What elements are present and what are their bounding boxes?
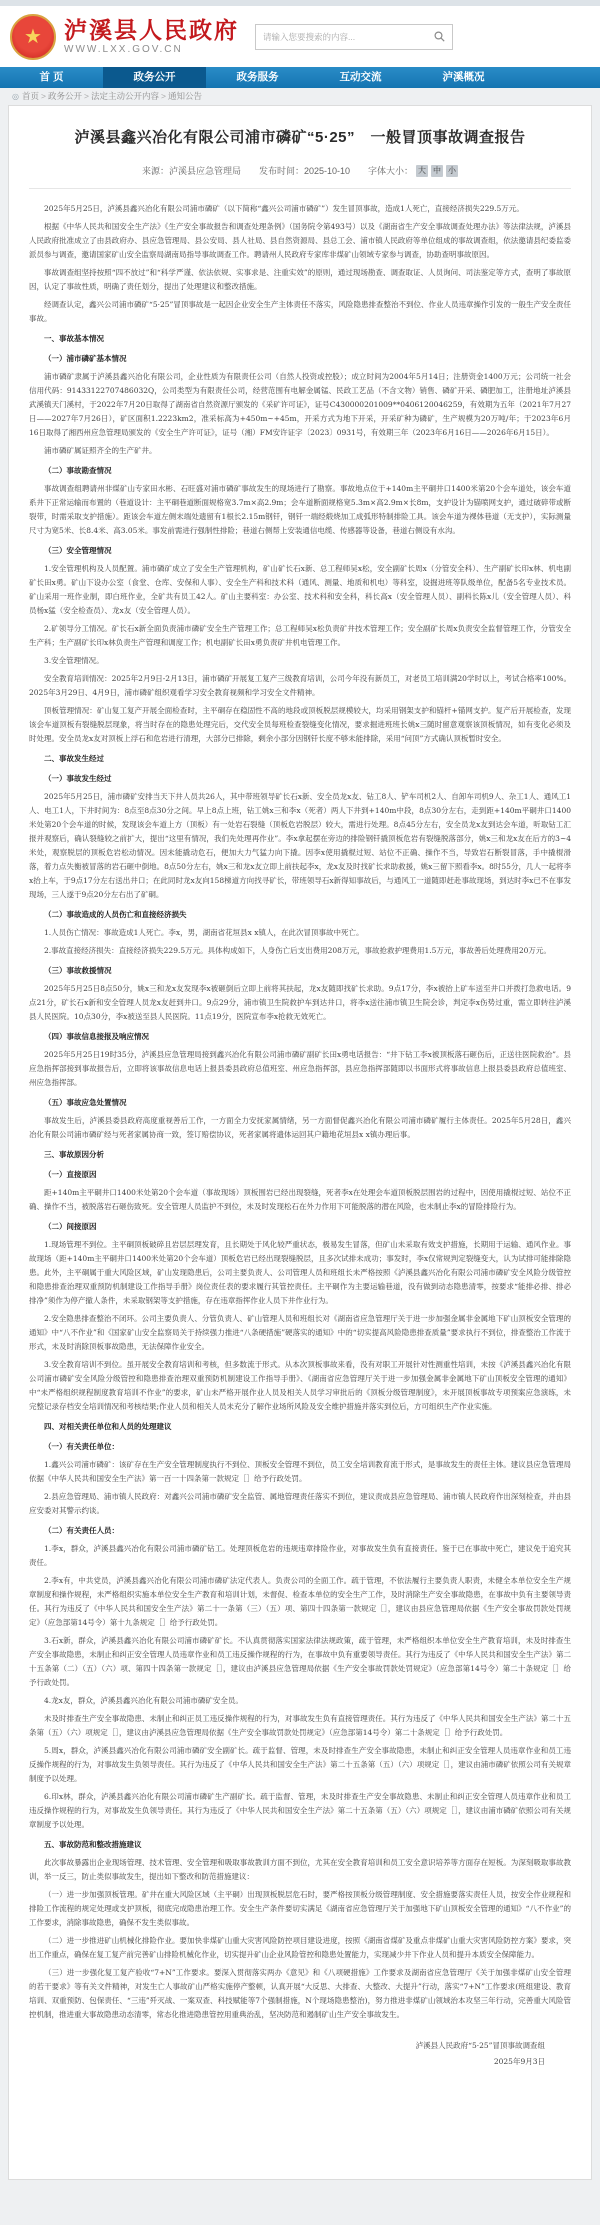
breadcrumb-link[interactable]: 首页 bbox=[22, 91, 39, 101]
article-paragraph: 1.李x，群众，泸溪县鑫兴冶化有限公司浦市磷矿钻工。处理顶板危岩的违规违章排险作… bbox=[29, 1542, 571, 1570]
nav-item-互动交流[interactable]: 互动交流 bbox=[309, 67, 412, 88]
search-button[interactable] bbox=[426, 26, 452, 48]
section-heading: 五、事故防范和整改措施建议 bbox=[29, 1838, 571, 1852]
breadcrumb-items: 首页>政务公开>法定主动公开内容>通知公告 bbox=[22, 91, 202, 101]
font-size-button[interactable]: 小 bbox=[446, 165, 458, 177]
site-name: 泸溪县人民政府 bbox=[64, 18, 239, 42]
article-paragraph: （三）进一步强化复工复产验收“7+N”工作要求。要深入贯彻落实两办《意见》和《八… bbox=[29, 1966, 571, 2022]
article-paragraph: （二）进一步推进矿山机械化排险作业。要加快非煤矿山重大灾害风险防控项目建设进度，… bbox=[29, 1934, 571, 1962]
section-heading: 四、对相关责任单位和人员的处理建议 bbox=[29, 1420, 571, 1434]
site-url: WWW.LXX.GOV.CN bbox=[64, 44, 239, 55]
section-heading: （三）安全管理情况 bbox=[29, 544, 571, 558]
article-paragraph: 安全教育培训情况：2025年2月9日-2月13日，浦市磷矿开展复工复产三级教育培… bbox=[29, 672, 571, 700]
search-icon bbox=[434, 31, 445, 42]
search-box bbox=[255, 24, 453, 50]
section-heading: （三）事故救援情况 bbox=[29, 964, 571, 978]
breadcrumb-separator: > bbox=[84, 91, 89, 101]
article-paragraph: 经调查认定，鑫兴公司浦市磷矿“5·25”冒顶事故是一起因企业安全生产主体责任不落… bbox=[29, 298, 571, 326]
nav-item-政务服务[interactable]: 政务服务 bbox=[206, 67, 309, 88]
page: ★ 泸溪县人民政府 WWW.LXX.GOV.CN 首 页政务公开政务服务互动交流… bbox=[0, 0, 600, 2225]
article-paragraph: 2.矿领导分工情况。矿长石x新全面负责浦市磷矿安全生产管理工作；总工程师吴x松负… bbox=[29, 622, 571, 650]
font-size-button[interactable]: 中 bbox=[431, 165, 443, 177]
article-paragraph: 3.安全管理情况。 bbox=[29, 654, 571, 668]
article-meta: 来源：泸溪县应急管理局 发布时间：2025-10-10 字体大小： 大中小 bbox=[29, 164, 571, 177]
article-paragraph: 1.现场管理不到位。主平硐顶板破碎且岩层层理发育，且长期处于风化较严重状态，极易… bbox=[29, 1238, 571, 1308]
font-size-button[interactable]: 大 bbox=[416, 165, 428, 177]
breadcrumb-link[interactable]: 法定主动公开内容 bbox=[91, 91, 159, 101]
article-paragraph: 3.石x新，群众，泸溪县鑫兴冶化有限公司浦市磷矿矿长。不认真贯彻落实国家法律法规… bbox=[29, 1634, 571, 1690]
signature-block: 泸溪县人民政府“5·25”冒顶事故调查组2025年9月3日 bbox=[29, 2038, 571, 2070]
section-heading: 二、事故发生经过 bbox=[29, 752, 571, 766]
section-heading: （二）有关责任人员： bbox=[29, 1524, 571, 1538]
article-paragraph: 2025年5月25日，浦市磷矿安排当天下井人员共26人，其中带班领导矿长石x新、… bbox=[29, 790, 571, 902]
section-heading: （一）直接原因 bbox=[29, 1168, 571, 1182]
article-paragraph: 2025年5月25日19时35分，泸溪县应急管理局接到鑫兴冶化有限公司浦市磷矿副… bbox=[29, 1048, 571, 1090]
nav-item-泸溪概况[interactable]: 泸溪概况 bbox=[412, 67, 515, 88]
article-paragraph: 2.事故直接经济损失：直接经济损失229.5万元。具体构成如下，人身伤亡后支出费… bbox=[29, 944, 571, 958]
article-paragraph: 2.李x有，中共党员，泸溪县鑫兴冶化有限公司浦市磷矿法定代表人。负责公司的全面工… bbox=[29, 1574, 571, 1630]
article-paragraph: 1.鑫兴公司浦市磷矿：该矿存在生产安全管理制度执行不到位、顶板安全管理不到位，员… bbox=[29, 1458, 571, 1486]
signature-line: 泸溪县人民政府“5·25”冒顶事故调查组 bbox=[29, 2038, 545, 2054]
section-heading: （二）事故造成的人员伤亡和直接经济损失 bbox=[29, 908, 571, 922]
title-divider bbox=[29, 188, 571, 189]
article-paragraph: 2.县应急管理局、浦市镇人民政府：对鑫兴公司浦市磷矿安全监管、属地管理责任落实不… bbox=[29, 1490, 571, 1518]
article-paragraph: 浦市磷矿隶属于泸溪县鑫兴冶化有限公司，企业性质为有限责任公司（自然人投资或控股）… bbox=[29, 370, 571, 440]
section-heading: （一）事故发生经过 bbox=[29, 772, 571, 786]
site-identity: 泸溪县人民政府 WWW.LXX.GOV.CN bbox=[64, 18, 239, 55]
section-heading: （五）事故应急处置情况 bbox=[29, 1096, 571, 1110]
article-paragraph: 事故调查组坚持按照“四不放过”和“科学严谨、依法依规、实事求是、注重实效”的原则… bbox=[29, 266, 571, 294]
article-paragraph: （一）进一步加强顶板管理。矿井在重大风险区域（主平硐）出现顶板脱层危石时，要严格… bbox=[29, 1888, 571, 1930]
section-heading: （一）有关责任单位： bbox=[29, 1440, 571, 1454]
nav-bar: 首 页政务公开政务服务互动交流泸溪概况 bbox=[0, 67, 600, 88]
section-heading: 三、事故原因分析 bbox=[29, 1148, 571, 1162]
article-source: 来源：泸溪县应急管理局 bbox=[142, 164, 241, 177]
article-paragraph: 4.龙x友，群众，泸溪县鑫兴冶化有限公司浦市磷矿安全员。 bbox=[29, 1694, 571, 1708]
section-heading: 一、事故基本情况 bbox=[29, 332, 571, 346]
article-paragraph: 1.人员伤亡情况：事故造成1人死亡。李x，男，湖南省花垣县x x镇人，在此次冒顶… bbox=[29, 926, 571, 940]
article-paragraph: 事故调查组聘请州非煤矿山专家田水彬、石旺盛对浦市磷矿事故发生的现场进行了勘察。事… bbox=[29, 482, 571, 538]
section-heading: （二）间接原因 bbox=[29, 1220, 571, 1234]
article-paragraph: 浦市磷矿属证照齐全的生产矿井。 bbox=[29, 444, 571, 458]
font-size-label: 字体大小： bbox=[368, 164, 413, 177]
article-paragraph: 2.安全隐患排查整治不闭环。公司主要负责人、分管负责人、矿山管理人员和班组长对《… bbox=[29, 1312, 571, 1354]
breadcrumb-icon: ◎ bbox=[12, 92, 19, 101]
signature-line: 2025年9月3日 bbox=[29, 2054, 545, 2070]
national-emblem-logo: ★ bbox=[10, 14, 56, 60]
breadcrumb-link[interactable]: 通知公告 bbox=[168, 91, 202, 101]
nav-item-政务公开[interactable]: 政务公开 bbox=[103, 67, 206, 88]
article-publish-date: 发布时间：2025-10-10 bbox=[259, 164, 350, 177]
breadcrumb-separator: > bbox=[161, 91, 166, 101]
article-paragraph: 2025年5月25日，泸溪县鑫兴冶化有限公司浦市磷矿（以下简称“鑫兴公司浦市磷矿… bbox=[29, 202, 571, 216]
site-header: ★ 泸溪县人民政府 WWW.LXX.GOV.CN bbox=[0, 6, 600, 67]
article-paragraph: 顶板管理情况：矿山复工复产开展全面检查时，主平硐存在稳固性不高的地段或顶板脱层规… bbox=[29, 704, 571, 746]
search-input[interactable] bbox=[256, 32, 426, 42]
article-paragraph: 根据《中华人民共和国安全生产法》《生产安全事故报告和调查处理条例》（国务院令第4… bbox=[29, 220, 571, 262]
article-paragraph: 距+140m主平硐井口1400米处第20个会车道（事故现场）顶板围岩已经出现裂缝… bbox=[29, 1186, 571, 1214]
article-card: 泸溪县鑫兴冶化有限公司浦市磷矿“5·25” 一般冒顶事故调查报告 来源：泸溪县应… bbox=[8, 105, 592, 2180]
article-paragraph: 未及时排查生产安全事故隐患、未制止和纠正员工违反操作规程的行为，对事故发生负有直… bbox=[29, 1712, 571, 1740]
article-paragraph: 2025年5月25日8点50分，姚x三和龙x友发现李x被砸倒后立即上前将其扶起，… bbox=[29, 982, 571, 1024]
article-paragraph: 1.安全管理机构及人员配置。浦市磷矿成立了安全生产管理机构，矿山矿长石x新、总工… bbox=[29, 562, 571, 618]
article-paragraph: 6.印x林，群众，泸溪县鑫兴冶化有限公司浦市磷矿生产副矿长。疏于监督、管理，未及… bbox=[29, 1790, 571, 1832]
section-heading: （四）事故信息接报及响应情况 bbox=[29, 1030, 571, 1044]
page-title: 泸溪县鑫兴冶化有限公司浦市磷矿“5·25” 一般冒顶事故调查报告 bbox=[39, 128, 561, 148]
font-size-buttons: 大中小 bbox=[416, 165, 458, 177]
article-paragraph: 事故发生后，泸溪县委县政府高度重视善后工作，一方面全力安抚家属情绪，另一方面督促… bbox=[29, 1114, 571, 1142]
article-paragraph: 此次事故暴露出企业现场管理、技术管理、安全管理和吸取事故教训方面不到位，尤其在安… bbox=[29, 1856, 571, 1884]
section-heading: （一）浦市磷矿基本情况 bbox=[29, 352, 571, 366]
nav-item-首页[interactable]: 首 页 bbox=[0, 67, 103, 88]
breadcrumb-separator: > bbox=[41, 91, 46, 101]
breadcrumb-link[interactable]: 政务公开 bbox=[48, 91, 82, 101]
breadcrumb: ◎首页>政务公开>法定主动公开内容>通知公告 bbox=[0, 88, 600, 105]
section-heading: （二）事故勘查情况 bbox=[29, 464, 571, 478]
font-size-control: 字体大小： 大中小 bbox=[368, 164, 458, 177]
article-paragraph: 5.周x，群众，泸溪县鑫兴冶化有限公司浦市磷矿安全副矿长。疏于监督、管理，未及时… bbox=[29, 1744, 571, 1786]
article-paragraph: 3.安全教育培训不到位。虽开展安全教育培训和考核，但多数流于形式。从本次顶板事故… bbox=[29, 1358, 571, 1414]
article-body: 2025年5月25日，泸溪县鑫兴冶化有限公司浦市磷矿（以下简称“鑫兴公司浦市磷矿… bbox=[29, 202, 571, 2022]
